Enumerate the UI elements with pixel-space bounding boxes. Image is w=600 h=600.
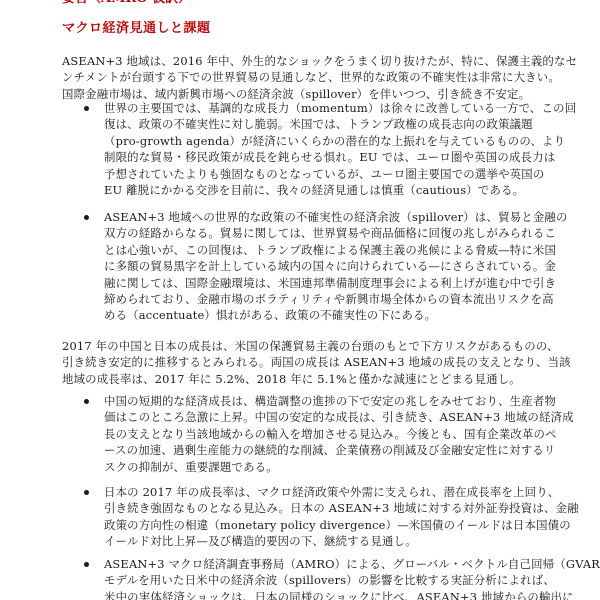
text-line: ASEAN+3 マクロ経済調査事務局（AMRO）による、グローバル・ベクトル自己… [104,556,600,572]
text-line: 価はこのところ急激に上昇。中国の安定的な成長は、引き続き、ASEAN+3 地域の… [104,409,574,425]
text-line: める（accentuate）惧れがある、政策の不確実性の下にある。 [104,307,568,323]
text-line: （pro-growth agenda）が経済にいくらかの潜在的な上振れを与えてい… [104,133,576,149]
text-line: ースの加速、過剰生産能力の継続的な削減、企業債務の削減及び金融安定性に対するリ [104,442,574,458]
growth-paragraph: 2017 年の中国と日本の成長は、米国の保護貿易主義の台頭のもとで下方リスクがあ… [62,338,592,387]
text-line: に多額の貿易黒字を計上している域内の国々に向けられている—にさらされている。金 [104,258,568,274]
text-line: 締められており、金融市場のボラティリティや新興市場全体からの資本流出リスクを高 [104,291,568,307]
text-line: イールド対比上昇—及び構造的要因の下、継続する見通し。 [104,533,579,549]
text-line: 長の支えとなり当該地域からの輸入を増加させる見込み。今後とも、国有企業改革のペ [104,426,574,442]
document-page: 要旨（AMRO 仮訳） マクロ経済見通しと課題 ASEAN+3 地域は、2016… [0,0,600,600]
text-line: モデルを用いた日米中の経済余波（spillovers）の影響を比較する実証分析に… [104,572,600,588]
text-line: 引き続き強固なものとなる見込み。日本の ASEAN+3 地域に対する対外証券投資… [104,500,579,516]
clipped-top-heading: 要旨（AMRO 仮訳） [62,0,191,6]
text-line: 融に関しては、国際金融環境は、米国連邦準備制度理事会による利上げが進む中で引き [104,275,568,291]
bullet-icon [84,562,89,567]
text-line: ASEAN+3 地域は、2016 年中、外生的なショックをうまく切り抜けたが、特… [62,53,592,69]
text-line: ンチメントが台頭する下での世界貿易の見通しなど、世界的な政策の不確実性は非常に大… [62,69,592,85]
bullet-icon [84,106,89,111]
text-line: とは心強いが、この回復は、トランプ政権による保護主義の兆候による脅威—特に米国 [104,242,568,258]
section-title: マクロ経済見通しと課題 [62,17,211,36]
text-line: EU 離脱にかかる交渉を目前に、我々の経済見通しは慎重（cautious）である… [104,182,576,198]
text-line: 復は、政策の不確実性に対し脆弱。米国では、トランプ政権の成長志向の政策議題 [104,116,576,132]
text-line: 双方の経路からなる。貿易に関しては、世界貿易や商品価格に回復の兆しがみられるこ [104,225,568,241]
bullet-icon [84,490,89,495]
text-line: 世界の主要国では、基調的な成長力（momentum）は徐々に改善している一方で、… [104,100,576,116]
text-line: ASEAN+3 地域への世界的な政策の不確実性の経済余波（spillover）は… [104,209,568,225]
text-line: 日本の 2017 年の成長率は、マクロ経済政策や外需に支えられ、潜在成長率を上回… [104,484,579,500]
text-line: 予想されていたよりも強固なものとなっているが、ユーロ圏主要国での選挙や英国の [104,166,576,182]
text-line: 政策の方向性の相違（monetary policy divergence）—米国… [104,517,579,533]
text-line: 中国の短期的な経済成長は、構造調整の進捗の下で安定の兆しをみせており、生産者物 [104,393,574,409]
text-line: スクの抑制が、重要課題である。 [104,459,574,475]
text-line: 地域の成長率は、2017 年に 5.2%、2018 年に 5.1%と僅かな減速に… [62,371,592,387]
text-line: 引き続き安定的に推移するとみられる。両国の成長は ASEAN+3 地域の成長の支… [62,354,592,370]
intro-paragraph: ASEAN+3 地域は、2016 年中、外生的なショックをうまく切り抜けたが、特… [62,53,592,102]
bullet-icon [84,215,89,220]
bullet-icon [84,399,89,404]
text-line: 制限的な貿易・移民政策が成長を鈍らせる惧れ。EU では、ユーロ圏や英国の成長力は [104,149,576,165]
text-line: 米中の実体経済ショックは、日本の同様のショックに比べ、ASEAN+3 地域からの… [104,589,600,600]
text-line: 2017 年の中国と日本の成長は、米国の保護貿易主義の台頭のもとで下方リスクがあ… [62,338,592,354]
